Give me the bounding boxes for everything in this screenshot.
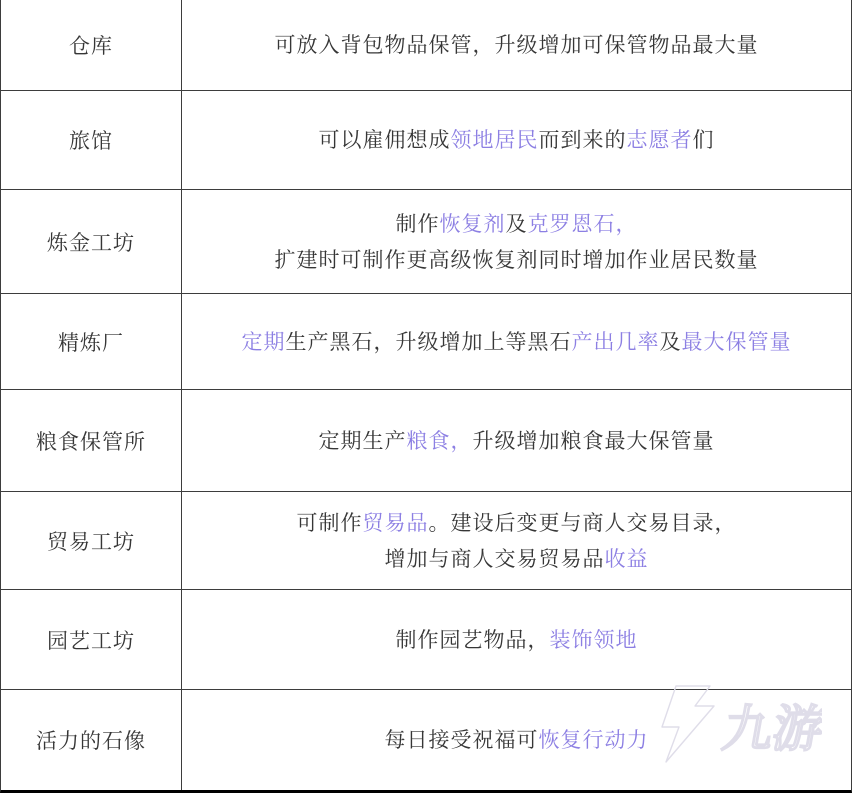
desc-text: 扩建时可制作更高级恢复剂同时增加作业居民数量 <box>275 248 759 272</box>
link-text[interactable]: 志愿者 <box>627 128 693 152</box>
description-line: 可放入背包物品保管，升级增加可保管物品最大量 <box>275 27 759 63</box>
description-line: 可制作贸易品。建设后变更与商人交易目录， <box>297 505 737 541</box>
desc-text: 可以雇佣想成 <box>319 128 451 152</box>
building-description: 定期生产黑石，升级增加上等黑石产出几率及最大保管量 <box>182 294 851 389</box>
building-name: 活力的石像 <box>1 690 182 790</box>
building-description: 制作园艺物品，装饰领地 <box>182 590 851 689</box>
description-line: 扩建时可制作更高级恢复剂同时增加作业居民数量 <box>275 242 759 278</box>
description-line: 每日接受祝福可恢复行动力 <box>385 722 649 758</box>
desc-text: 制作 <box>396 212 440 236</box>
table-row: 活力的石像每日接受祝福可恢复行动力 <box>1 690 851 790</box>
desc-text: 生产黑石，升级增加上等黑石 <box>286 330 572 354</box>
building-description: 定期生产粮食，升级增加粮食最大保管量 <box>182 390 851 491</box>
building-name: 仓库 <box>1 0 182 90</box>
desc-text: 。建设后变更与商人交易目录， <box>429 511 737 535</box>
description-line: 制作园艺物品，装饰领地 <box>396 622 638 658</box>
building-name: 炼金工坊 <box>1 190 182 293</box>
desc-text: 及 <box>506 212 528 236</box>
table-row: 粮食保管所定期生产粮食，升级增加粮食最大保管量 <box>1 390 851 492</box>
link-text[interactable]: 收益 <box>605 547 649 571</box>
desc-text: 增加与商人交易贸易品 <box>385 547 605 571</box>
building-description: 可放入背包物品保管，升级增加可保管物品最大量 <box>182 0 851 90</box>
link-text[interactable]: 装饰领地 <box>550 628 638 652</box>
desc-text: 升级增加粮食最大保管量 <box>473 429 715 453</box>
desc-text: 可制作 <box>297 511 363 535</box>
desc-text: 制作园艺物品， <box>396 628 550 652</box>
description-line: 定期生产黑石，升级增加上等黑石产出几率及最大保管量 <box>242 324 792 360</box>
table-row: 贸易工坊可制作贸易品。建设后变更与商人交易目录，增加与商人交易贸易品收益 <box>1 492 851 590</box>
building-description: 制作恢复剂及克罗恩石，扩建时可制作更高级恢复剂同时增加作业居民数量 <box>182 190 851 293</box>
link-text[interactable]: 粮食， <box>407 429 473 453</box>
building-description: 每日接受祝福可恢复行动力 <box>182 690 851 790</box>
description-line: 可以雇佣想成领地居民而到来的志愿者们 <box>319 122 715 158</box>
link-text[interactable]: 最大保管量 <box>682 330 792 354</box>
table-row: 仓库可放入背包物品保管，升级增加可保管物品最大量 <box>1 0 851 91</box>
link-text[interactable]: 克罗恩石， <box>528 212 638 236</box>
link-text[interactable]: 产出几率 <box>572 330 660 354</box>
desc-text: 而到来的 <box>539 128 627 152</box>
desc-text: 及 <box>660 330 682 354</box>
building-name: 贸易工坊 <box>1 492 182 589</box>
description-line: 定期生产粮食，升级增加粮食最大保管量 <box>319 423 715 459</box>
desc-text: 们 <box>693 128 715 152</box>
building-description: 可以雇佣想成领地居民而到来的志愿者们 <box>182 91 851 189</box>
table-row: 园艺工坊制作园艺物品，装饰领地 <box>1 590 851 690</box>
desc-text: 定期生产 <box>319 429 407 453</box>
link-text[interactable]: 贸易品 <box>363 511 429 535</box>
building-name: 园艺工坊 <box>1 590 182 689</box>
desc-text: 可放入背包物品保管，升级增加可保管物品最大量 <box>275 33 759 57</box>
link-text[interactable]: 恢复行动力 <box>539 728 649 752</box>
description-line: 增加与商人交易贸易品收益 <box>385 541 649 577</box>
building-description: 可制作贸易品。建设后变更与商人交易目录，增加与商人交易贸易品收益 <box>182 492 851 589</box>
building-name: 精炼厂 <box>1 294 182 389</box>
description-line: 制作恢复剂及克罗恩石， <box>396 206 638 242</box>
desc-text: 每日接受祝福可 <box>385 728 539 752</box>
building-name: 粮食保管所 <box>1 390 182 491</box>
table-row: 炼金工坊制作恢复剂及克罗恩石，扩建时可制作更高级恢复剂同时增加作业居民数量 <box>1 190 851 294</box>
link-text[interactable]: 恢复剂 <box>440 212 506 236</box>
table-row: 旅馆可以雇佣想成领地居民而到来的志愿者们 <box>1 91 851 190</box>
buildings-table: 仓库可放入背包物品保管，升级增加可保管物品最大量旅馆可以雇佣想成领地居民而到来的… <box>0 0 852 793</box>
link-text[interactable]: 定期 <box>242 330 286 354</box>
building-name: 旅馆 <box>1 91 182 189</box>
table-row: 精炼厂定期生产黑石，升级增加上等黑石产出几率及最大保管量 <box>1 294 851 390</box>
link-text[interactable]: 领地居民 <box>451 128 539 152</box>
